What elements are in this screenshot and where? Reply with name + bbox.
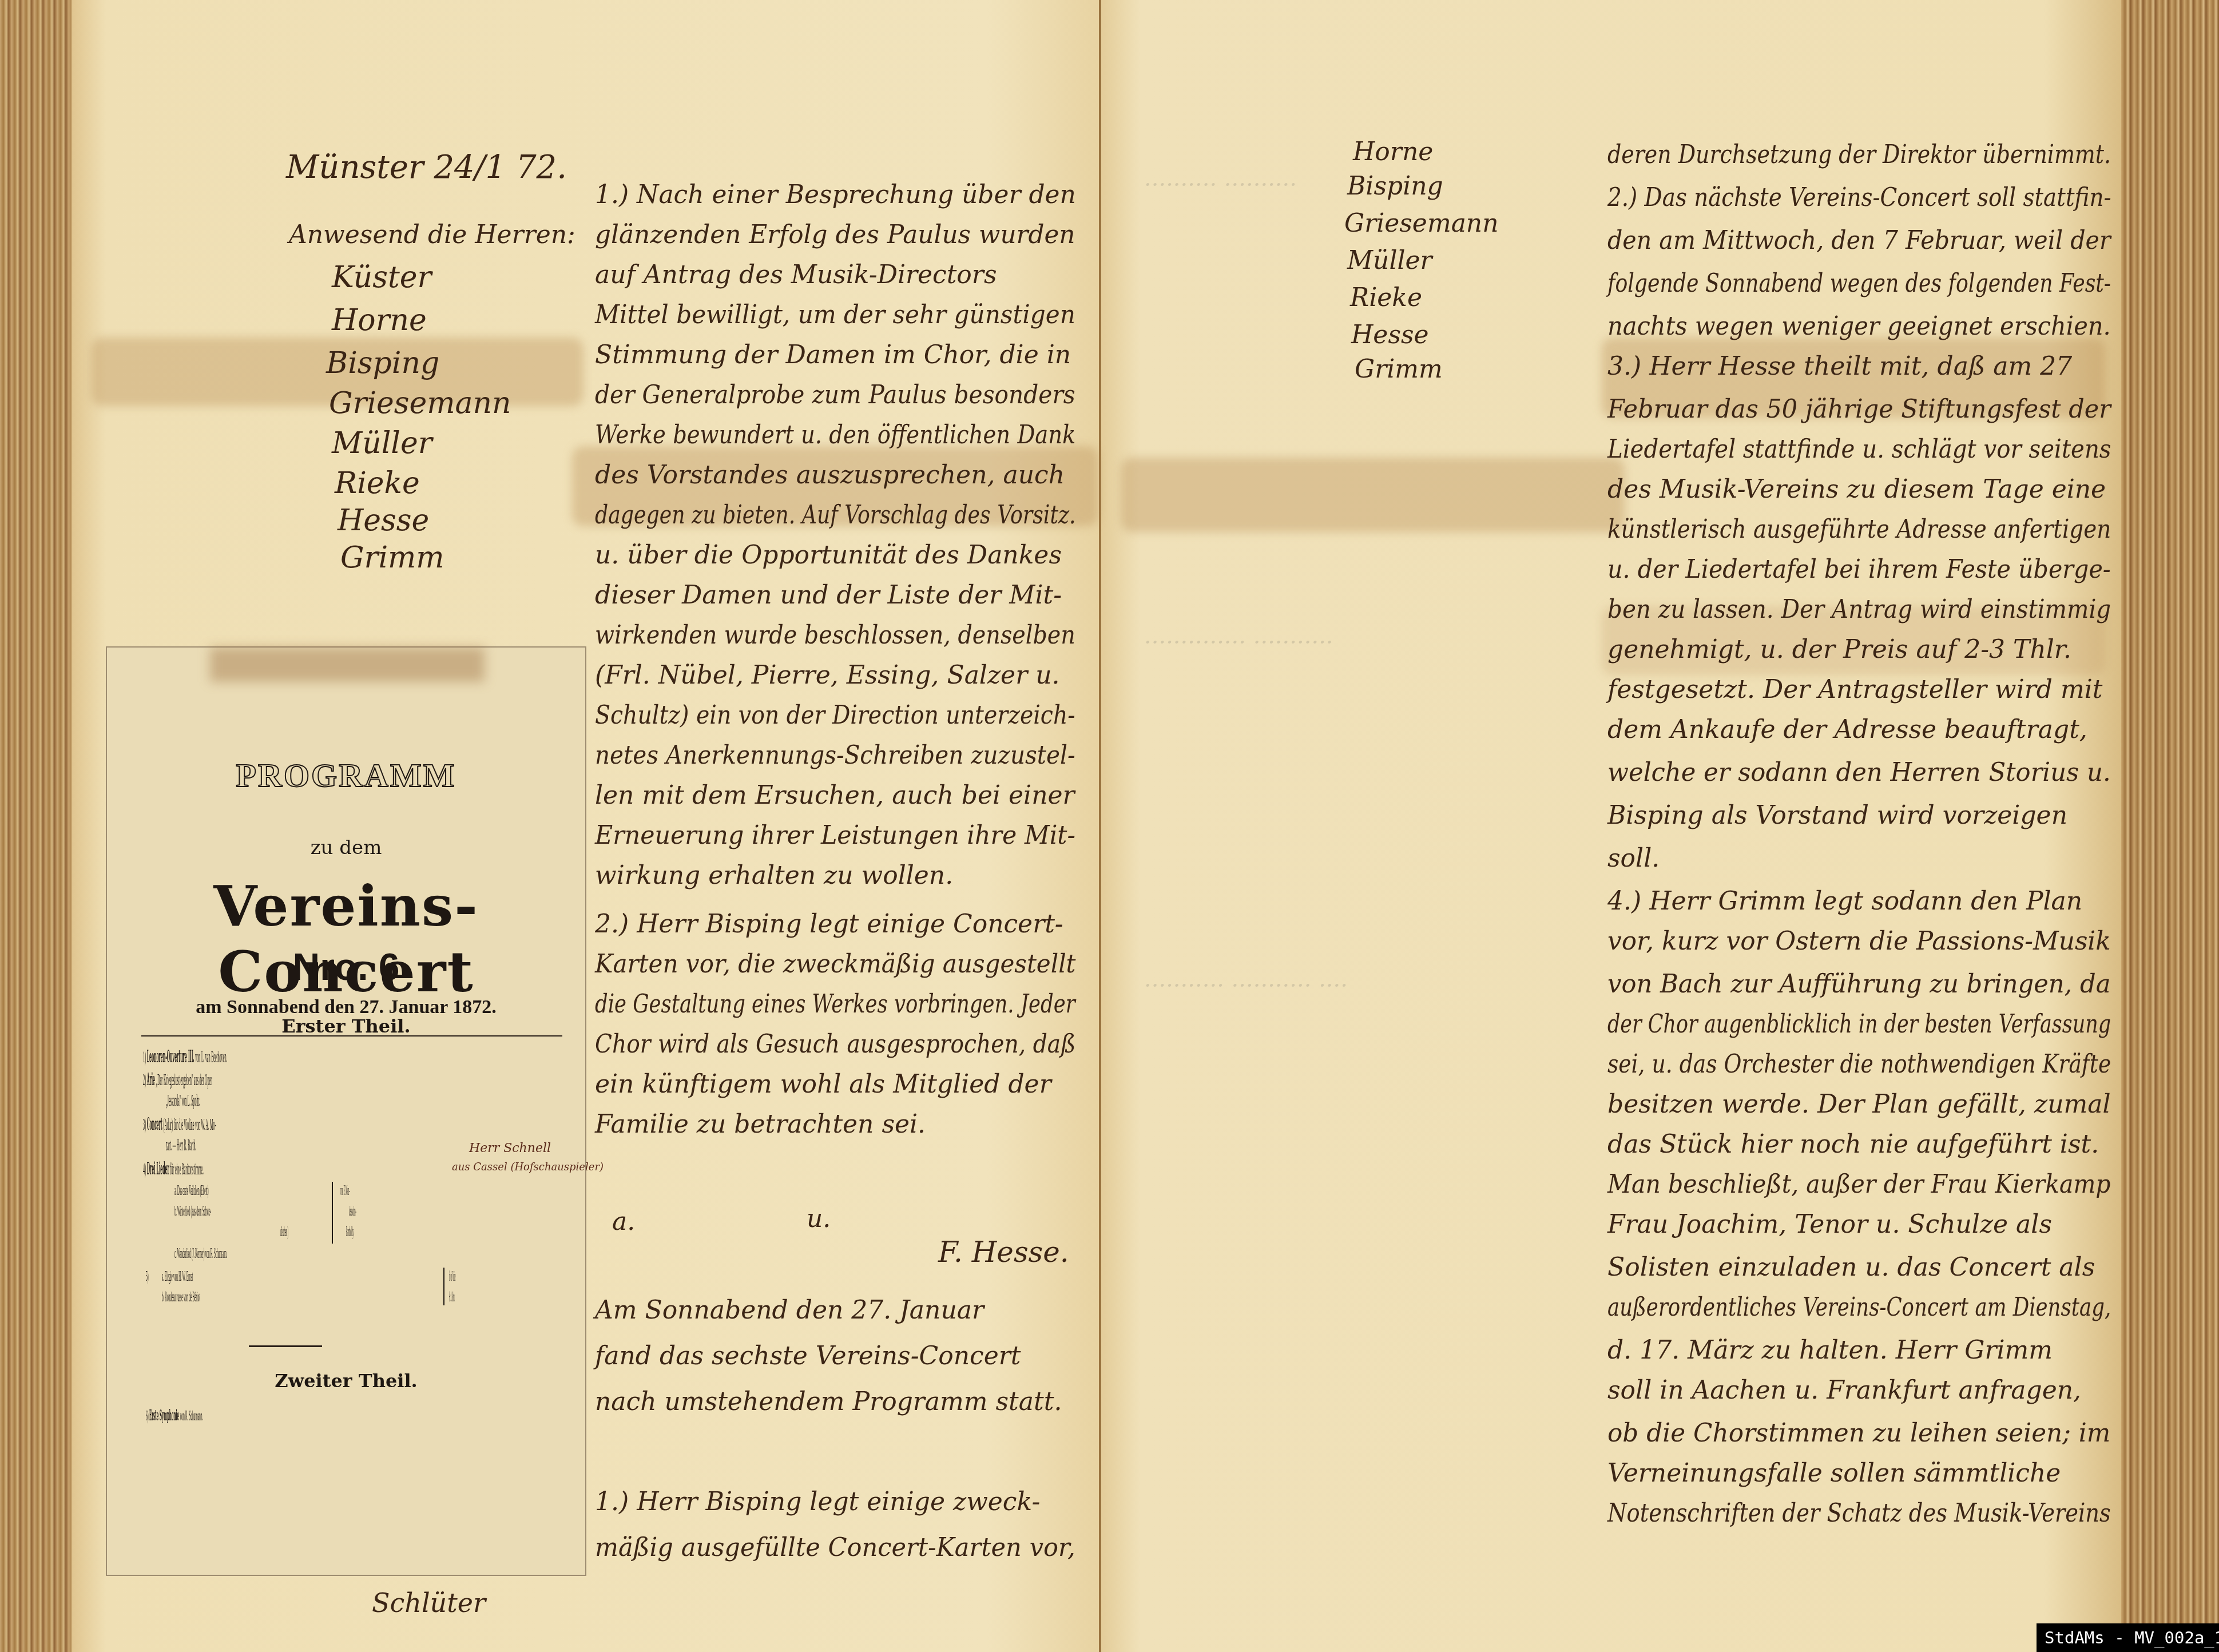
minutes-line: netes Anerkennungs-Schreiben zuzustel- (595, 741, 1075, 770)
programme-card: PROGRAMM zu dem Vereins-Concert Nro. 6 a… (106, 646, 586, 1576)
minutes-line: Bisping als Vorstand wird vorzeigen (1607, 801, 2067, 830)
minutes-line: des Vorstandes auszusprechen, auch (595, 460, 1065, 490)
glue-stain (210, 648, 485, 682)
minutes-line: das Stück hier noch nie aufgeführt ist. (1607, 1130, 2099, 1159)
minutes-line: Stimmung der Damen im Chor, die in (595, 340, 1071, 370)
minutes-line: Karten vor, die zweckmäßig ausgestellt (595, 950, 1076, 979)
attendee-name: Horne (332, 303, 427, 337)
attendee-name: Bisping (1347, 172, 1443, 201)
programme-item: „Jessonda" von L. Spohr. (166, 1091, 581, 1110)
attendee-name: Küster (332, 260, 431, 295)
bleed-through-text: ·············· ··········· (1144, 629, 1333, 656)
minutes-line: ben zu lassen. Der Antrag wird einstimmi… (1607, 595, 2111, 624)
page-stack-left-edge (0, 0, 73, 1652)
minutes-line: nachts wegen weniger geeignet erschien. (1607, 312, 2111, 341)
signature: F. Hesse. (938, 1236, 1069, 1269)
performer: für die Violine (449, 1268, 581, 1285)
handwritten-annotation: aus Cassel (Hofschauspieler) (452, 1161, 604, 1173)
minutes-line: wirkenden wurde beschlossen, denselben (595, 621, 1075, 650)
footer-signature: Schlüter (372, 1587, 486, 1618)
signature-initial: a. (612, 1207, 635, 1236)
attendee-name: Griesemann (1344, 209, 1499, 238)
minutes-line: sei, u. das Orchester die nothwendigen K… (1607, 1050, 2111, 1079)
minutes-line: u. über die Opportunität des Dankes (595, 541, 1062, 570)
minutes-line: des Musik-Vereins zu diesem Tage eine (1607, 475, 2106, 504)
minutes-line: der Chor augenblicklich in der besten Ve… (1607, 1010, 2111, 1039)
attendee-name: Rieke (1350, 283, 1422, 312)
part1-heading-text: Erster Theil. (106, 1015, 586, 1037)
concert-note-line: Am Sonnabend den 27. Januar (595, 1296, 984, 1325)
handwritten-annotation: Herr Schnell (469, 1141, 551, 1155)
minutes-line: auf Antrag des Musik-Directors (595, 260, 997, 289)
minutes-line: Liedertafel stattfinde u. schlägt vor se… (1607, 435, 2111, 464)
minutes-line: dem Ankaufe der Adresse beauftragt, (1607, 715, 2087, 744)
minutes-line: 4.) Herr Grimm legt sodann den Plan (1607, 887, 2082, 916)
attendee-name: Grimm (340, 541, 444, 575)
programme-title: PROGRAMM (107, 756, 585, 795)
minutes-line: Mittel bewilligt, um der sehr günstigen (595, 300, 1075, 329)
concert-note-line: nach umstehendem Programm statt. (595, 1387, 1062, 1416)
minutes-line: besitzen werde. Der Plan gefällt, zumal (1607, 1090, 2111, 1119)
minutes-line: glänzenden Erfolg des Paulus wurden (595, 220, 1075, 249)
minutes-line: Erneuerung ihrer Leistungen ihre Mit- (595, 821, 1075, 850)
attendee-name: Rieke (335, 466, 420, 501)
minutes-line: Schultz) ein von der Direction unterzeic… (595, 701, 1075, 730)
lied-item: c. Wanderlied (J. Kerner) von R. Schuman… (174, 1245, 581, 1262)
bleed-through-text: ··········· ··········· ···· (1144, 972, 1348, 999)
programme-item: 2) Arie „Der Kriegeslust ergeben" aus de… (143, 1070, 581, 1090)
minutes-line: Familie zu betrachten sei. (595, 1110, 926, 1139)
minutes-line: 1.) Nach einer Besprechung über den (595, 180, 1076, 209)
attendee-name: Bisping (326, 346, 439, 380)
minutes-line: soll. (1607, 844, 1660, 873)
minutes-line: Notenschriften der Schatz des Musik-Vere… (1607, 1499, 2111, 1528)
minutes-line: deren Durchsetzung der Direktor übernimm… (1607, 140, 2111, 169)
minutes-line: genehmigt, u. der Preis auf 2-3 Thlr. (1607, 635, 2071, 664)
water-stain (1121, 458, 1625, 532)
minutes-line: Februar das 50 jährige Stiftungsfest der (1607, 395, 2111, 424)
minutes-line: dieser Damen und der Liste der Mit- (595, 581, 1062, 610)
concert-note-line: fand das sechste Vereins-Concert (595, 1341, 1021, 1371)
book-gutter (1099, 0, 1101, 1652)
lied-composer: von F. Men- (340, 1182, 581, 1199)
minutes-line: len mit dem Ersuchen, auch bei einer (595, 781, 1075, 810)
attendee-name: Grimm (1355, 355, 1443, 384)
brace (443, 1268, 448, 1305)
minutes-heading: Münster 24/1 72. (286, 149, 567, 186)
minutes-line: Man beschließt, außer der Frau Kierkamp (1607, 1170, 2111, 1199)
minutes-line: die Gestaltung eines Werkes vorbringen. … (595, 990, 1075, 1019)
attendee-name: Müller (332, 426, 432, 460)
minutes-line: soll in Aachen u. Frankfurt anfragen, (1607, 1376, 2081, 1405)
minutes-line: 2.) Herr Bisping legt einige Concert- (595, 910, 1063, 939)
lied-composer: Bartholdy. (346, 1223, 581, 1240)
minutes-line: d. 17. März zu halten. Herr Grimm (1607, 1336, 2053, 1365)
minutes-line: vor, kurz vor Ostern die Passions-Musik (1607, 927, 2111, 956)
minutes-line: Frau Joachim, Tenor u. Schulze als (1607, 1210, 2052, 1239)
minutes-line: wirkung erhalten zu wollen. (595, 861, 953, 890)
minutes-line: ob die Chorstimmen zu leihen seien; im (1607, 1419, 2110, 1448)
minutes-line: 2.) Das nächste Vereins-Concert soll sta… (1607, 183, 2111, 212)
part2-heading: Zweiter Theil. (106, 1370, 586, 1392)
bleed-through-text: ·········· ·········· (1144, 172, 1297, 198)
minutes-line: außerordentliches Vereins-Concert am Die… (1607, 1293, 2111, 1322)
minutes-line: Chor wird als Gesuch ausgesprochen, daß (595, 1030, 1075, 1059)
attendee-name: Griesemann (329, 386, 511, 420)
attendance-intro: Anwesend die Herren: (289, 220, 575, 249)
programme-subtitle: zu dem (107, 836, 585, 859)
minutes-line: 1.) Herr Bisping legt einige zweck- (595, 1487, 1040, 1516)
programme-number: Nro. 6 (107, 945, 585, 988)
programme-item: 3) Concert (Adur) für die Violine von W.… (143, 1114, 581, 1134)
page-stack-right-edge (2121, 0, 2219, 1652)
minutes-line: Verneinungsfalle sollen sämmtliche (1607, 1459, 2061, 1488)
minutes-line: (Frl. Nübel, Pierre, Essing, Salzer u. (595, 661, 1060, 690)
divider (249, 1345, 322, 1347)
minutes-line: Werke bewundert u. den öffentlichen Dank (595, 420, 1075, 450)
archive-scan-label: StdAMs - MV_002a_181 (2037, 1623, 2219, 1652)
brace (332, 1182, 336, 1244)
minutes-line: folgende Sonnabend wegen des folgenden F… (1607, 269, 2111, 298)
signature-initial: u. (807, 1204, 831, 1233)
minutes-line: der Generalprobe zum Paulus besonders (595, 380, 1075, 410)
minutes-line: ein künftigem wohl als Mitglied der (595, 1070, 1051, 1099)
programme-item: 6) Erste Symphonie von R. Schumann. (146, 1407, 581, 1424)
attendee-name: Hesse (338, 503, 429, 538)
minutes-line: dagegen zu bieten. Auf Vorschlag des Vor… (595, 501, 1076, 530)
programme-item: 1) Leonoren-Ouverture III. von L. van Be… (143, 1047, 581, 1067)
minutes-line: u. der Liedertafel bei ihrem Feste überg… (1607, 555, 2111, 584)
attendee-name: Hesse (1351, 320, 1429, 350)
minutes-line: 3.) Herr Hesse theilt mit, daß am 27 (1607, 352, 2072, 381)
minutes-line: mäßig ausgefüllte Concert-Karten vor, (595, 1533, 1075, 1562)
performer: Hr. R. Barth. (449, 1288, 581, 1305)
attendee-name: Horne (1353, 137, 1433, 166)
scan-label-text: StdAMs - MV_002a_181 (2045, 1628, 2219, 1647)
lied-composer: delssohn- (349, 1202, 581, 1220)
minutes-line: festgesetzt. Der Antragsteller wird mit (1607, 675, 2102, 704)
attendee-name: Müller (1347, 246, 1432, 275)
minutes-line: künstlerisch ausgeführte Adresse anferti… (1607, 515, 2111, 544)
minutes-line: den am Mittwoch, den 7 Februar, weil der (1607, 226, 2111, 255)
minutes-line: welche er sodann den Herren Storius u. (1607, 758, 2111, 787)
minutes-line: Solisten einzuladen u. das Concert als (1607, 1253, 2095, 1282)
minutes-line: von Bach zur Aufführung zu bringen, da (1607, 970, 2110, 999)
